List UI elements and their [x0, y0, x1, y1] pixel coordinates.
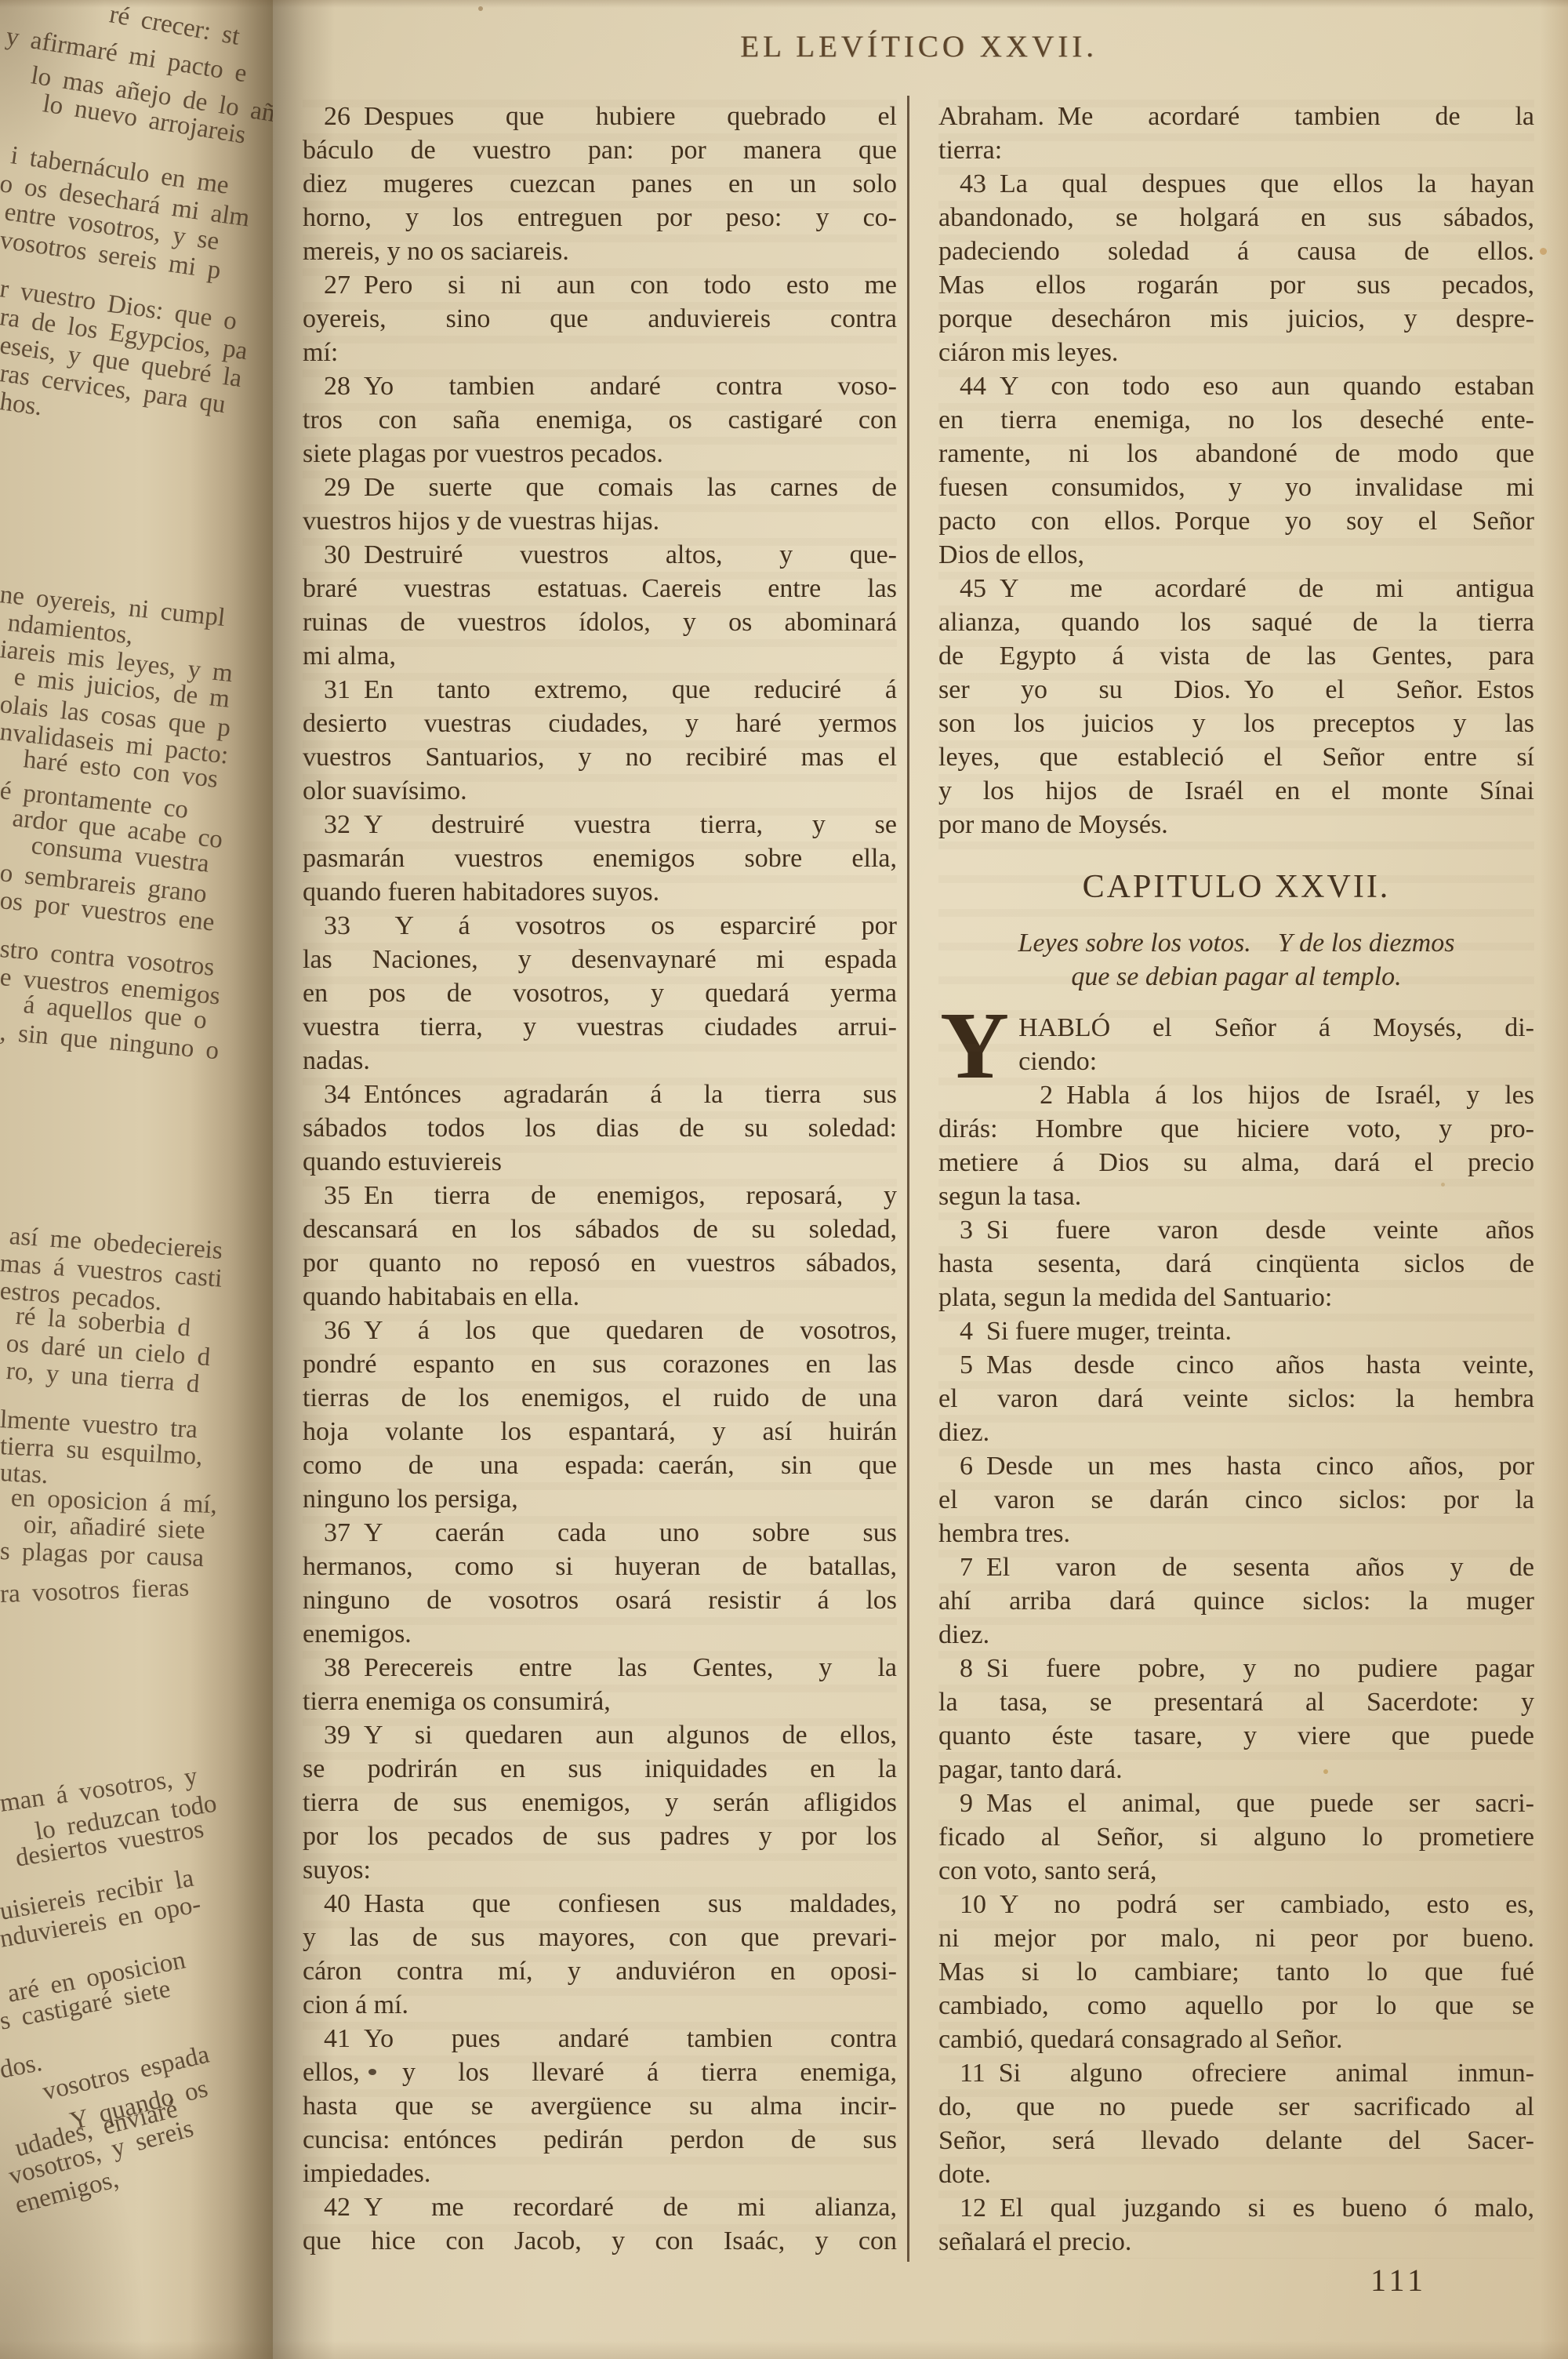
text-line: pondré espanto en sus corazones en las [303, 1347, 897, 1381]
text-line: 11 Si alguno ofreciere animal inmun- [938, 2056, 1534, 2090]
chapter-heading: CAPITULO XXVII. [938, 841, 1534, 904]
text-line: mí: [303, 336, 897, 369]
text-line: el varon se darán cinco siclos: por la [938, 1483, 1534, 1517]
argument-line: que se debian pagar al templo. [938, 960, 1534, 994]
argument-line: Leyes sobre los votos. Y de los diezmos [938, 926, 1534, 960]
text-line: ser yo su Dios. Yo el Señor. Estos [938, 673, 1534, 707]
text-line: 30 Destruiré vuestros altos, y que- [303, 538, 897, 572]
text-line: Señor, será llevado delante del Sacer- [938, 2124, 1534, 2157]
text-line: quando estuviereis [303, 1145, 897, 1179]
text-line: padeciendo soledad á causa de ellos. [938, 234, 1534, 268]
right-column: Abraham. Me acordaré tambien de latierra… [938, 100, 1534, 2259]
text-line: cion á mí. [303, 1988, 897, 2022]
text-line: tros con saña enemiga, os castigaré con [303, 403, 897, 437]
text-line: vuestros Santuarios, y no recibiré mas e… [303, 740, 897, 774]
text-line: ninguno de vosotros osará resistir á los [303, 1583, 897, 1617]
text-line: en pos de vosotros, y quedará yerma [303, 976, 897, 1010]
text-line: ciáron mis leyes. [938, 336, 1534, 369]
text-line: diez mugeres cuezcan panes en un solo [303, 167, 897, 201]
text-line: 45 Y me acordaré de mi antigua [938, 572, 1534, 605]
text-line: 37 Y caerán cada uno sobre sus [303, 1516, 897, 1550]
right-column-top-lines: Abraham. Me acordaré tambien de latierra… [938, 100, 1534, 841]
text-line: quanto éste tasare, y viere que puede [938, 1719, 1534, 1753]
text-line: 28 Yo tambien andaré contra voso- [303, 369, 897, 403]
text-line: 41 Yo pues andaré tambien contra [303, 2022, 897, 2055]
page-number: 111 [1370, 2262, 1427, 2299]
text-line: 3 Si fuere varon desde veinte años [938, 1213, 1534, 1247]
edge-text-fragment: dos. [0, 2048, 45, 2085]
text-line: 40 Hasta que confiesen sus maldades, [303, 1887, 897, 1921]
text-line: por mano de Moysés. [938, 808, 1534, 841]
right-column-bottom-lines: 2 Habla á los hijos de Israél, y lesdirá… [938, 1078, 1534, 2259]
text-line: do, que no puede ser sacrificado al [938, 2090, 1534, 2124]
text-line: hasta sesenta, dará cinqüenta siclos de [938, 1247, 1534, 1281]
text-line: plata, segun la medida del Santuario: [938, 1281, 1534, 1314]
text-line: Mas si lo cambiare; tanto lo que fué [938, 1955, 1534, 1989]
dropcap-letter: Y [938, 1011, 1018, 1081]
text-line: 32 Y destruiré vuestra tierra, y se [303, 808, 897, 841]
text-line: cuncisa: entónces pedirán perdon de sus [303, 2123, 897, 2157]
text-line: 39 Y si quedaren aun algunos de ellos, [303, 1718, 897, 1752]
text-line: 35 En tierra de enemigos, reposará, y [303, 1179, 897, 1212]
text-line: tierras de los enemigos, el ruido de una [303, 1381, 897, 1415]
text-line: 33 Y á vosotros os esparciré por [303, 909, 897, 943]
text-line: que hice con Jacob, y con Isaác, y con [303, 2224, 897, 2258]
text-line: ruinas de vuestros ídolos, y os abominar… [303, 605, 897, 639]
text-line: diez. [938, 1416, 1534, 1449]
text-line: leyes, que estableció el Señor entre sí [938, 740, 1534, 774]
text-line: señalará el precio. [938, 2225, 1534, 2259]
text-line: ellos, y los llevaré á tierra enemiga, [303, 2055, 897, 2089]
text-line: y los hijos de Israél en el monte Sínai [938, 774, 1534, 808]
text-line: tierra enemiga os consumirá, [303, 1685, 897, 1718]
text-line: 9 Mas el animal, que puede ser sacri- [938, 1787, 1534, 1820]
text-line: como de una espada: caerán, sin que [303, 1448, 897, 1482]
previous-page-curled-edge: ré crecer: sty afirmaré mi pacto elo mas… [0, 0, 273, 2359]
text-line: báculo de vuestro pan: por manera que [303, 133, 897, 167]
text-line: porque desecháron mis juicios, y despre- [938, 302, 1534, 336]
text-line: la tasa, se presentará al Sacerdote: y [938, 1685, 1534, 1719]
text-line: hoja volante los espantará, y así huirán [303, 1415, 897, 1448]
text-line: alianza, quando los saqué de la tierra [938, 605, 1534, 639]
column-divider-rule [907, 96, 909, 2262]
edge-text-fragment: ra vosotros fieras [0, 1574, 190, 1608]
text-line: descansará en los sábados de su soledad, [303, 1212, 897, 1246]
text-line: 42 Y me recordaré de mi alianza, [303, 2190, 897, 2224]
text-line: segun la tasa. [938, 1179, 1534, 1213]
edge-text-fragment: s plagas por causa [0, 1537, 205, 1572]
text-line: siete plagas por vuestros pecados. [303, 437, 897, 471]
text-line: 2 Habla á los hijos de Israél, y les [938, 1078, 1534, 1112]
text-line: dirás: Hombre que hiciere voto, y pro- [938, 1112, 1534, 1146]
text-line: y las de sus mayores, con que prevari- [303, 1921, 897, 1954]
text-line: 6 Desde un mes hasta cinco años, por [938, 1449, 1534, 1483]
text-line: sábados todos los dias de su soledad: [303, 1111, 897, 1145]
text-line: se podrirán en sus iniquidades en la [303, 1752, 897, 1786]
text-line: metiere á Dios su alma, dará el precio [938, 1146, 1534, 1179]
text-line: 43 La qual despues que ellos la hayan [938, 167, 1534, 201]
left-column: 26 Despues que hubiere quebrado elbáculo… [303, 100, 897, 2258]
text-line: cambiado, como aquello por lo que se [938, 1989, 1534, 2023]
text-line: cambió, quedará consagrado al Señor. [938, 2023, 1534, 2056]
running-head: EL LEVÍTICO XXVII. [740, 30, 1098, 64]
text-line: 29 De suerte que comais las carnes de [303, 471, 897, 504]
text-line: por quanto no reposó en vuestros sábados… [303, 1246, 897, 1280]
text-line: hembra tres. [938, 1517, 1534, 1550]
text-line: suyos: [303, 1853, 897, 1887]
text-line: ramente, ni los abandoné de modo que [938, 437, 1534, 471]
text-line: 7 El varon de sesenta años y de [938, 1550, 1534, 1584]
text-line: mereis, y no os saciareis. [303, 234, 897, 268]
text-line: ciendo: [938, 1045, 1534, 1078]
text-line: hermanos, como si huyeran de batallas, [303, 1550, 897, 1583]
text-line: ahí arriba dará quince siclos: la muger [938, 1584, 1534, 1618]
text-line: quando fueren habitadores suyos. [303, 875, 897, 909]
text-line: pasmarán vuestros enemigos sobre ella, [303, 841, 897, 875]
text-line: ni mejor por malo, ni peor por bueno. [938, 1921, 1534, 1955]
text-line: las Naciones, y desenvaynaré mi espada [303, 943, 897, 976]
text-line: fuesen consumidos, y yo invalidase mi [938, 471, 1534, 504]
text-line: braré vuestras estatuas. Caereis entre l… [303, 572, 897, 605]
text-line: dote. [938, 2157, 1534, 2191]
text-line: con voto, santo será, [938, 1854, 1534, 1888]
text-line: hasta que se avergüence su alma incir- [303, 2089, 897, 2123]
text-line: 4 Si fuere muger, treinta. [938, 1314, 1534, 1348]
text-line: en tierra enemiga, no los deseché ente- [938, 403, 1534, 437]
text-line: son los juicios y los preceptos y las [938, 707, 1534, 740]
dropcap-paragraph: Y HABLÓ el Señor á Moysés, di-ciendo: [938, 994, 1534, 1078]
text-line: 36 Y á los que quedaren de vosotros, [303, 1314, 897, 1347]
text-line: oyereis, sino que anduviereis contra [303, 302, 897, 336]
text-line: olor suavísimo. [303, 774, 897, 808]
text-line: 10 Y no podrá ser cambiado, esto es, [938, 1888, 1534, 1921]
text-line: 12 El qual juzgando si es bueno ó malo, [938, 2191, 1534, 2225]
text-line: Mas ellos rogarán por sus pecados, [938, 268, 1534, 302]
text-line: mi alma, [303, 639, 897, 673]
text-line: pagar, tanto dará. [938, 1753, 1534, 1787]
text-line: impiedades. [303, 2157, 897, 2190]
text-line: 44 Y con todo eso aun quando estaban [938, 369, 1534, 403]
text-line: 38 Perecereis entre las Gentes, y la [303, 1651, 897, 1685]
chapter-argument: Leyes sobre los votos. Y de los diezmosq… [938, 904, 1534, 994]
text-line: 31 En tanto extremo, que reduciré á [303, 673, 897, 707]
text-line: horno, y los entreguen por peso: y co- [303, 201, 897, 234]
text-line: enemigos. [303, 1617, 897, 1651]
text-line: de Egypto á vista de las Gentes, para [938, 639, 1534, 673]
text-line: 5 Mas desde cinco años hasta veinte, [938, 1348, 1534, 1382]
text-line: Abraham. Me acordaré tambien de la [938, 100, 1534, 133]
text-line: 8 Si fuere pobre, y no pudiere pagar [938, 1652, 1534, 1685]
text-line: 26 Despues que hubiere quebrado el [303, 100, 897, 133]
dropcap-lines: HABLÓ el Señor á Moysés, di-ciendo: [938, 1011, 1534, 1078]
text-line: por los pecados de sus padres y por los [303, 1819, 897, 1853]
text-line: abandonado, se holgará en sus sábados, [938, 201, 1534, 234]
text-line: 34 Entónces agradarán á la tierra sus [303, 1078, 897, 1111]
text-line: el varon dará veinte siclos: la hembra [938, 1382, 1534, 1416]
text-line: quando habitabais en ella. [303, 1280, 897, 1314]
text-line: tierra de sus enemigos, y serán afligido… [303, 1786, 897, 1819]
text-line: 27 Pero si ni aun con todo esto me [303, 268, 897, 302]
text-line: nadas. [303, 1044, 897, 1078]
text-line: Dios de ellos, [938, 538, 1534, 572]
text-line: vuestra tierra, y vuestras ciudades arru… [303, 1010, 897, 1044]
text-line: vuestros hijos y de vuestras hijas. [303, 504, 897, 538]
edge-text-fragment: hos. [0, 387, 44, 421]
text-line: cáron contra mí, y anduviéron en oposi- [303, 1954, 897, 1988]
text-line: HABLÓ el Señor á Moysés, di- [938, 1011, 1534, 1045]
text-line: diez. [938, 1618, 1534, 1652]
text-line: desierto vuestras ciudades, y haré yermo… [303, 707, 897, 740]
text-line: ninguno los persiga, [303, 1482, 897, 1516]
text-line: ficado al Señor, si alguno lo prometiere [938, 1820, 1534, 1854]
text-line: pacto con ellos. Porque yo soy el Señor [938, 504, 1534, 538]
text-line: tierra: [938, 133, 1534, 167]
